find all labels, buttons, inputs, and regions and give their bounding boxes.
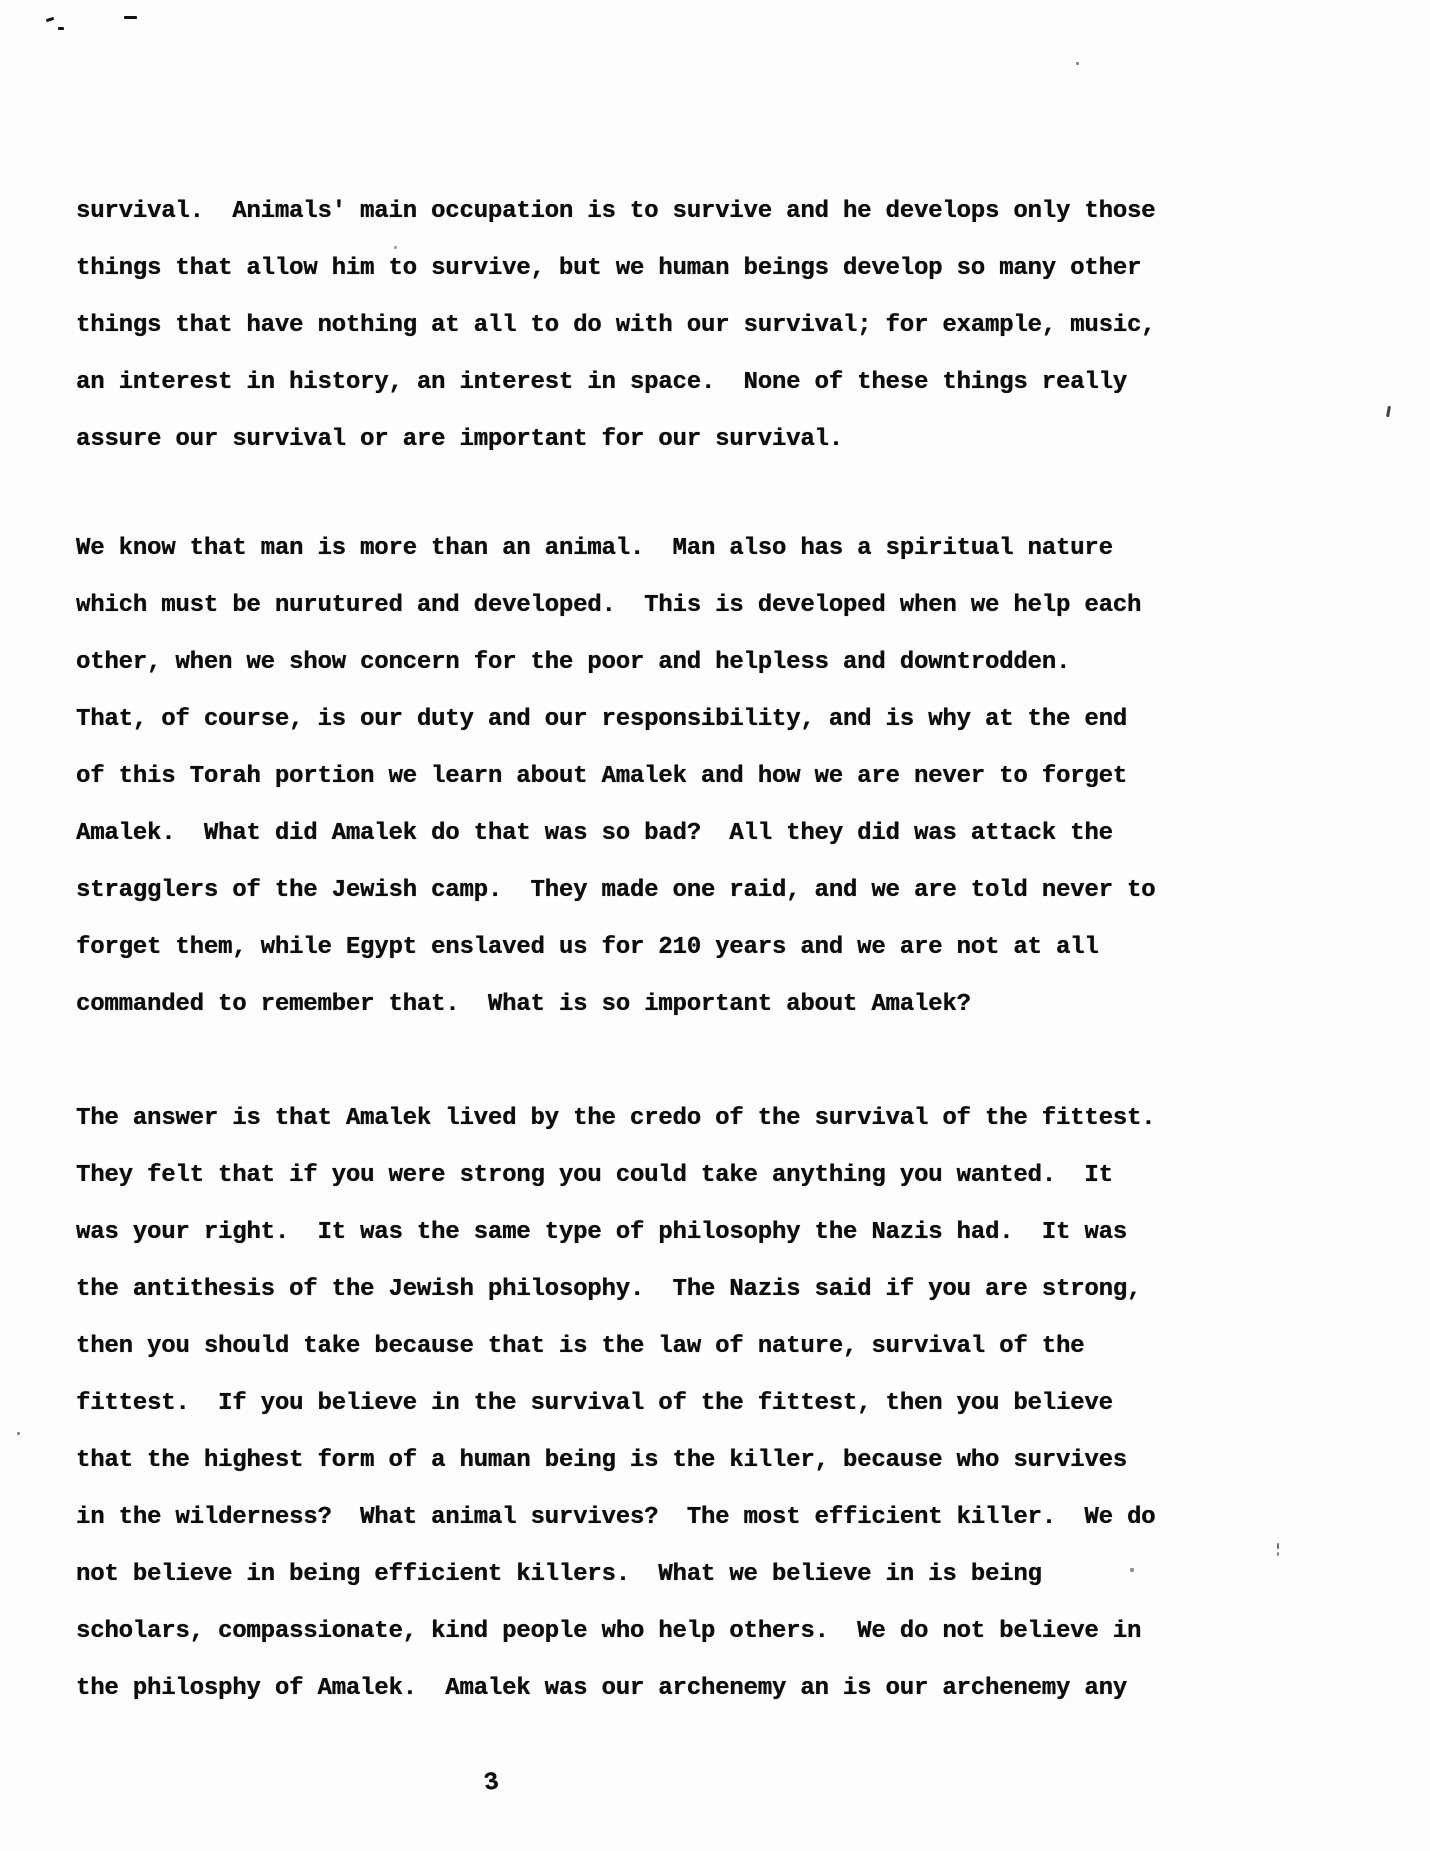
text-line: other, when we show concern for the poor… xyxy=(76,634,1276,691)
paragraph-survival: survival. Animals' main occupation is to… xyxy=(76,183,1276,468)
paragraph-spiritual-nature: We know that man is more than an animal.… xyxy=(76,520,1276,1033)
text-line: not believe in being efficient killers. … xyxy=(76,1546,1276,1603)
scan-speck xyxy=(1277,1543,1279,1549)
text-line: fittest. If you believe in the survival … xyxy=(76,1375,1276,1432)
text-line: was your right. It was the same type of … xyxy=(76,1204,1276,1261)
page: survival. Animals' main occupation is to… xyxy=(0,0,1430,1851)
text-line: of this Torah portion we learn about Ama… xyxy=(76,748,1276,805)
text-line: in the wilderness? What animal survives?… xyxy=(76,1489,1276,1546)
scan-speck xyxy=(17,1432,20,1435)
text-line: We know that man is more than an animal.… xyxy=(76,520,1276,577)
text-column: survival. Animals' main occupation is to… xyxy=(76,183,1276,1717)
text-line: commanded to remember that. What is so i… xyxy=(76,976,1276,1033)
text-line: that the highest form of a human being i… xyxy=(76,1432,1276,1489)
text-line: They felt that if you were strong you co… xyxy=(76,1147,1276,1204)
text-line: which must be nurutured and developed. T… xyxy=(76,577,1276,634)
text-line: the philosphy of Amalek. Amalek was our … xyxy=(76,1660,1276,1717)
text-line: Amalek. What did Amalek do that was so b… xyxy=(76,805,1276,862)
scan-speck xyxy=(124,16,137,19)
text-line: The answer is that Amalek lived by the c… xyxy=(76,1090,1276,1147)
scan-speck xyxy=(1386,406,1391,417)
text-line: then you should take because that is the… xyxy=(76,1318,1276,1375)
text-line: things that allow him to survive, but we… xyxy=(76,240,1276,297)
text-line: stragglers of the Jewish camp. They made… xyxy=(76,862,1276,919)
text-line: an interest in history, an interest in s… xyxy=(76,354,1276,411)
text-line: forget them, while Egypt enslaved us for… xyxy=(76,919,1276,976)
text-line: That, of course, is our duty and our res… xyxy=(76,691,1276,748)
text-line: things that have nothing at all to do wi… xyxy=(76,297,1276,354)
scan-speck xyxy=(1076,62,1079,65)
scan-speck xyxy=(1130,1568,1134,1572)
text-line: scholars, compassionate, kind people who… xyxy=(76,1603,1276,1660)
page-number: 3 xyxy=(482,1767,501,1799)
scan-speck xyxy=(46,17,55,22)
text-line: survival. Animals' main occupation is to… xyxy=(76,183,1276,240)
paragraph-amalek-answer: The answer is that Amalek lived by the c… xyxy=(76,1090,1276,1717)
scan-speck xyxy=(58,27,64,30)
text-line: assure our survival or are important for… xyxy=(76,411,1276,468)
text-line: the antithesis of the Jewish philosophy.… xyxy=(76,1261,1276,1318)
scan-speck xyxy=(1277,1552,1279,1556)
scan-speck xyxy=(394,246,397,249)
